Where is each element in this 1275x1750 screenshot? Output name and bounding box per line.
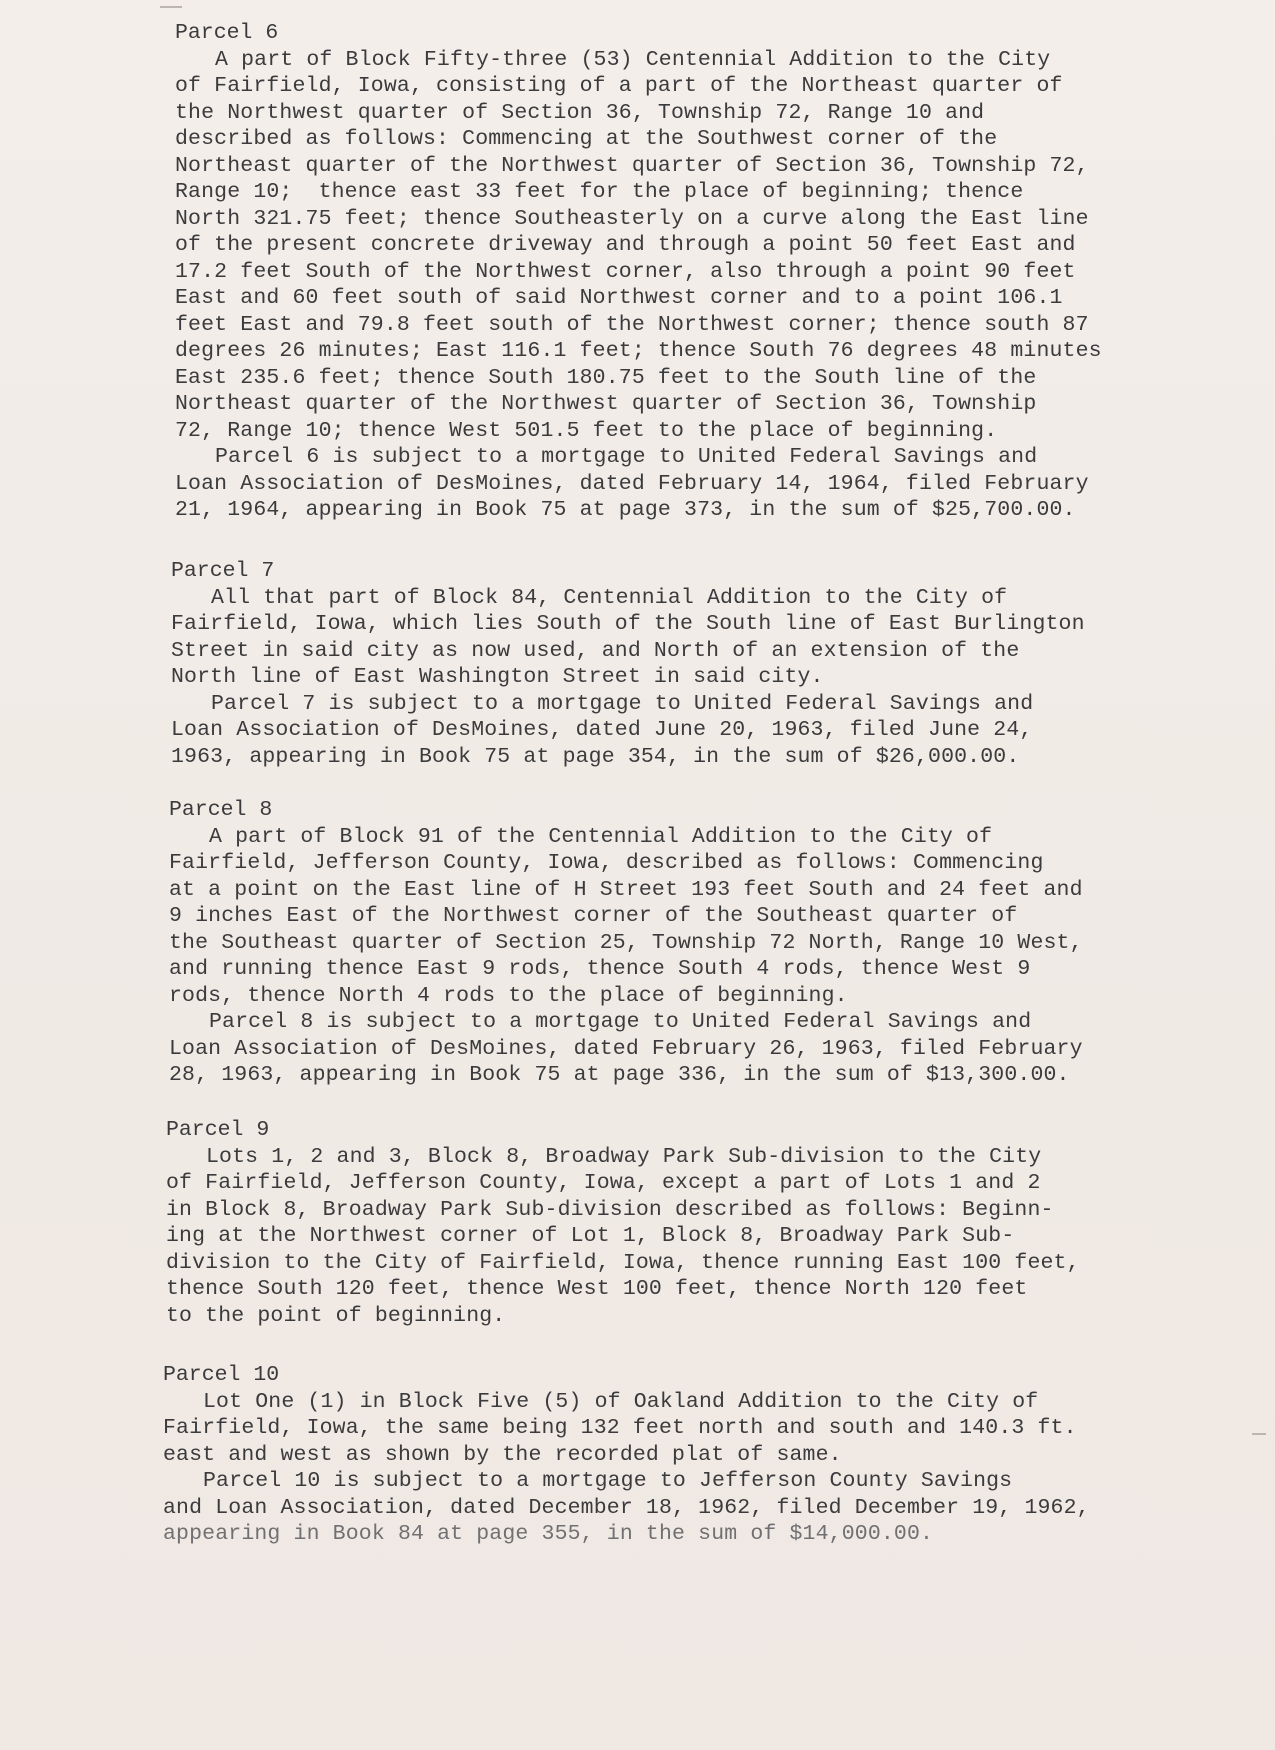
parcel-10-section: Parcel 10 Lot One (1) in Block Five (5) … bbox=[163, 1362, 1163, 1548]
parcel-description-line: Fairfield, Iowa, which lies South of the… bbox=[171, 611, 1171, 638]
parcel-description-line: Lot One (1) in Block Five (5) of Oakland… bbox=[163, 1389, 1163, 1416]
parcel-description-line: Lots 1, 2 and 3, Block 8, Broadway Park … bbox=[166, 1144, 1166, 1171]
parcel-description-line: A part of Block 91 of the Centennial Add… bbox=[169, 824, 1169, 851]
parcel-description-line: ing at the Northwest corner of Lot 1, Bl… bbox=[166, 1223, 1166, 1250]
parcel-description-line: division to the City of Fairfield, Iowa,… bbox=[166, 1250, 1166, 1277]
mortgage-note-line: Parcel 10 is subject to a mortgage to Je… bbox=[163, 1468, 1163, 1495]
parcel-heading: Parcel 8 bbox=[169, 797, 1169, 824]
scan-mark-top bbox=[160, 6, 182, 8]
parcel-description-line: described as follows: Commencing at the … bbox=[175, 126, 1175, 153]
parcel-description-line: thence South 120 feet, thence West 100 f… bbox=[166, 1276, 1166, 1303]
parcel-description-line: Northeast quarter of the Northwest quart… bbox=[175, 391, 1175, 418]
parcel-8-section: Parcel 8 A part of Block 91 of the Cente… bbox=[169, 797, 1169, 1089]
parcel-description-line: North 321.75 feet; thence Southeasterly … bbox=[175, 206, 1175, 233]
parcel-description-line: at a point on the East line of H Street … bbox=[169, 877, 1169, 904]
mortgage-note-line: appearing in Book 84 at page 355, in the… bbox=[163, 1521, 1163, 1548]
document-page: Parcel 6 A part of Block Fifty-three (53… bbox=[0, 0, 1275, 1750]
mortgage-note-line: Parcel 7 is subject to a mortgage to Uni… bbox=[171, 691, 1171, 718]
mortgage-note-line: Loan Association of DesMoines, dated Feb… bbox=[169, 1036, 1169, 1063]
parcel-description-line: Fairfield, Jefferson County, Iowa, descr… bbox=[169, 850, 1169, 877]
parcel-description-line: 17.2 feet South of the Northwest corner,… bbox=[175, 259, 1175, 286]
parcel-description-line: and running thence East 9 rods, thence S… bbox=[169, 956, 1169, 983]
parcel-heading: Parcel 10 bbox=[163, 1362, 1163, 1389]
parcel-description-line: Street in said city as now used, and Nor… bbox=[171, 638, 1171, 665]
parcel-6-section: Parcel 6 A part of Block Fifty-three (53… bbox=[175, 20, 1175, 524]
parcel-description-line: North line of East Washington Street in … bbox=[171, 664, 1171, 691]
parcel-description-line: to the point of beginning. bbox=[166, 1303, 1166, 1330]
parcel-description-line: A part of Block Fifty-three (53) Centenn… bbox=[175, 47, 1175, 74]
parcel-description-line: the Northwest quarter of Section 36, Tow… bbox=[175, 100, 1175, 127]
parcel-7-section: Parcel 7 All that part of Block 84, Cent… bbox=[171, 558, 1171, 770]
parcel-description-line: All that part of Block 84, Centennial Ad… bbox=[171, 585, 1171, 612]
parcel-description-line: Northeast quarter of the Northwest quart… bbox=[175, 153, 1175, 180]
parcel-description-line: 9 inches East of the Northwest corner of… bbox=[169, 903, 1169, 930]
parcel-heading: Parcel 6 bbox=[175, 20, 1175, 47]
parcel-description-line: Range 10; thence east 33 feet for the pl… bbox=[175, 179, 1175, 206]
mortgage-note-line: Parcel 8 is subject to a mortgage to Uni… bbox=[169, 1009, 1169, 1036]
scan-mark-right bbox=[1252, 1433, 1266, 1435]
parcel-heading: Parcel 9 bbox=[166, 1117, 1166, 1144]
parcel-description-line: the Southeast quarter of Section 25, Tow… bbox=[169, 930, 1169, 957]
mortgage-note-line: 21, 1964, appearing in Book 75 at page 3… bbox=[175, 497, 1175, 524]
mortgage-note-line: and Loan Association, dated December 18,… bbox=[163, 1495, 1163, 1522]
parcel-description-line: East and 60 feet south of said Northwest… bbox=[175, 285, 1175, 312]
parcel-description-line: feet East and 79.8 feet south of the Nor… bbox=[175, 312, 1175, 339]
mortgage-note-line: Parcel 6 is subject to a mortgage to Uni… bbox=[175, 444, 1175, 471]
parcel-description-line: rods, thence North 4 rods to the place o… bbox=[169, 983, 1169, 1010]
mortgage-note-line: 28, 1963, appearing in Book 75 at page 3… bbox=[169, 1062, 1169, 1089]
parcel-description-line: East 235.6 feet; thence South 180.75 fee… bbox=[175, 365, 1175, 392]
parcel-description-line: 72, Range 10; thence West 501.5 feet to … bbox=[175, 418, 1175, 445]
parcel-description-line: east and west as shown by the recorded p… bbox=[163, 1442, 1163, 1469]
parcel-description-line: degrees 26 minutes; East 116.1 feet; the… bbox=[175, 338, 1175, 365]
mortgage-note-line: Loan Association of DesMoines, dated Feb… bbox=[175, 471, 1175, 498]
parcel-9-section: Parcel 9 Lots 1, 2 and 3, Block 8, Broad… bbox=[166, 1117, 1166, 1329]
mortgage-note-line: 1963, appearing in Book 75 at page 354, … bbox=[171, 744, 1171, 771]
parcel-description-line: of Fairfield, Jefferson County, Iowa, ex… bbox=[166, 1170, 1166, 1197]
parcel-description-line: Fairfield, Iowa, the same being 132 feet… bbox=[163, 1415, 1163, 1442]
parcel-description-line: of Fairfield, Iowa, consisting of a part… bbox=[175, 73, 1175, 100]
parcel-description-line: in Block 8, Broadway Park Sub-division d… bbox=[166, 1197, 1166, 1224]
parcel-description-line: of the present concrete driveway and thr… bbox=[175, 232, 1175, 259]
mortgage-note-line: Loan Association of DesMoines, dated Jun… bbox=[171, 717, 1171, 744]
parcel-heading: Parcel 7 bbox=[171, 558, 1171, 585]
